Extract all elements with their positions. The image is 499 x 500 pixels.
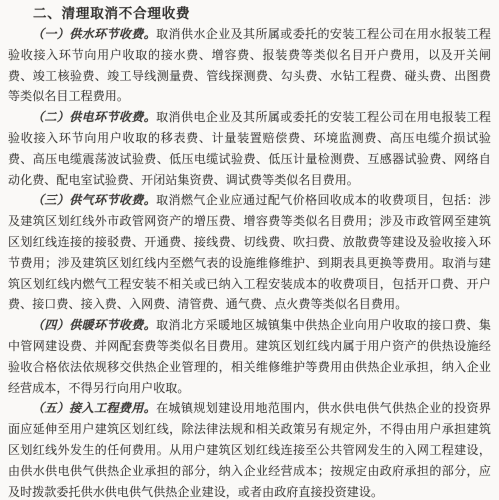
paragraph-body-gas: 取消燃气企业应通过配气价格回收成本的收费项目，包括：涉及建筑区划红线外市政管网资… <box>8 193 491 311</box>
section-heading: 二、清理取消不合理收费 <box>8 3 491 24</box>
paragraph-water-fees: （一）供水环节收费。取消供水企业及其所属或委托的安装工程公司在用水报装工程验收接… <box>8 24 491 107</box>
paragraph-lead-heating: （四）供暖环节收费。 <box>32 318 156 332</box>
paragraph-lead-gas: （三）供气环节收费。 <box>32 193 156 207</box>
paragraph-lead-electricity: （二）供电环节收费。 <box>32 110 156 124</box>
paragraph-gas-fees: （三）供气环节收费。取消燃气企业应通过配气价格回收成本的收费项目，包括：涉及建筑… <box>8 190 491 315</box>
paragraph-connection-project-fees: （五）接入工程费用。在城镇规划建设用地范围内，供水供电供气供热企业的投资界面应延… <box>8 398 491 500</box>
paragraph-electricity-fees: （二）供电环节收费。取消供电企业及其所属或委托的安装工程公司在用电报装工程验收接… <box>8 107 491 190</box>
document-page: 二、清理取消不合理收费 （一）供水环节收费。取消供水企业及其所属或委托的安装工程… <box>0 0 499 500</box>
paragraph-body-connection: 在城镇规划建设用地范围内，供水供电供气供热企业的投资界面应延伸至用户建筑区划红线… <box>8 401 491 498</box>
paragraph-lead-water: （一）供水环节收费。 <box>32 27 156 41</box>
paragraph-lead-connection: （五）接入工程费用。 <box>32 401 156 415</box>
paragraph-heating-fees: （四）供暖环节收费。取消北方采暖地区城镇集中供热企业向用户收取的接口费、集中管网… <box>8 315 491 398</box>
